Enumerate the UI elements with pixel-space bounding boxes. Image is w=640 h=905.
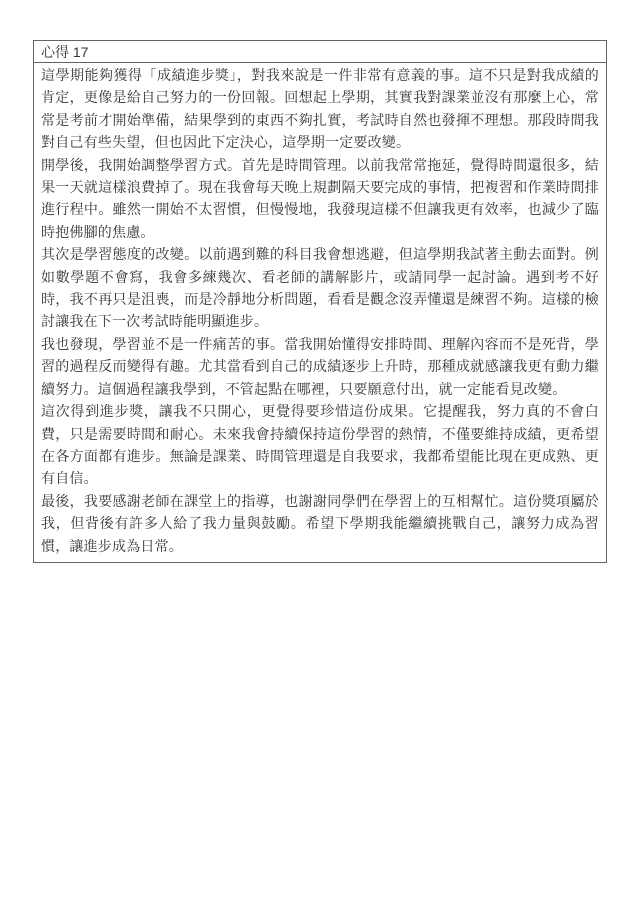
reflection-title: 心得 17 (34, 41, 607, 63)
document-page: 心得 17 這學期能夠獲得「成績進步獎」，對我來說是一件非常有意義的事。這不只是… (0, 0, 640, 905)
table-body-row: 這學期能夠獲得「成績進步獎」，對我來說是一件非常有意義的事。這不只是對我成績的肯… (34, 63, 607, 563)
paragraph-attitude: 其次是學習態度的改變。以前遇到難的科目我會想逃避，但這學期我試著主動去面對。例如… (41, 243, 599, 333)
paragraph-time-management: 開學後，我開始調整學習方式。首先是時間管理。以前我常常拖延，覺得時間還很多，結果… (41, 154, 599, 244)
paragraph-intro: 這學期能夠獲得「成績進步獎」，對我來說是一件非常有意義的事。這不只是對我成績的肯… (41, 64, 599, 154)
paragraph-discovery: 我也發現，學習並不是一件痛苦的事。當我開始懂得安排時間、理解內容而不是死背，學習… (41, 333, 599, 400)
reflection-body: 這學期能夠獲得「成績進步獎」，對我來說是一件非常有意義的事。這不只是對我成績的肯… (34, 63, 607, 563)
paragraph-award-meaning: 這次得到進步獎，讓我不只開心，更覺得要珍惜這份成果。它提醒我，努力真的不會白費，… (41, 400, 599, 490)
paragraph-thanks: 最後，我要感謝老師在課堂上的指導，也謝謝同學們在學習上的互相幫忙。這份獎項屬於我… (41, 490, 599, 557)
table-header-row: 心得 17 (34, 41, 607, 63)
reflection-table: 心得 17 這學期能夠獲得「成績進步獎」，對我來說是一件非常有意義的事。這不只是… (33, 40, 607, 563)
